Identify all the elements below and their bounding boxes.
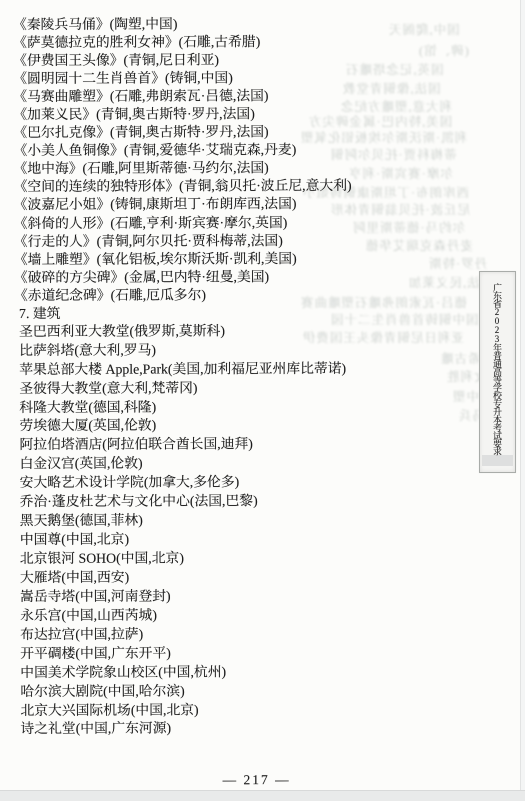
artwork-list-item: 《地中海》(石雕,阿里斯蒂德·马约尔,法国) — [19, 159, 491, 179]
page-number: — 217 — — [21, 771, 493, 789]
page-edge-line — [520, 0, 521, 790]
building-list-item: 大雁塔(中国,西安) — [20, 567, 492, 588]
artwork-list-item: 《赤道纪念碑》(石雕,厄瓜多尔) — [19, 285, 491, 305]
building-list-item: 中国美术学院象山校区(中国,杭州) — [20, 662, 492, 683]
building-list-item: 圣彼得大教堂(意大利,梵蒂冈) — [19, 378, 491, 399]
artwork-list-item: 《墙上雕塑》(氧化铝板,埃尔斯沃斯·凯利,美国) — [19, 249, 491, 269]
building-list-item: 科隆大教堂(德国,科隆) — [19, 397, 491, 418]
edge-index-tab: 广东省2023年普通高等学校专升本考试要求 — [479, 271, 516, 473]
artwork-list-item: 《马赛曲雕塑》(石雕,弗朗索瓦·吕德,法国) — [18, 87, 490, 107]
building-list-item: 白金汉宫(英国,伦敦) — [20, 454, 492, 475]
building-list-item: 圣巴西利亚大教堂(俄罗斯,莫斯科) — [19, 321, 491, 342]
artwork-list-item: 《波嘉尼小姐》(铸铜,康斯坦丁·布朗库西,法国) — [19, 195, 491, 215]
edge-index-tab-bottom-bar — [482, 455, 513, 466]
building-list-item: 北京大兴国际机场(中国,北京) — [20, 700, 492, 721]
building-list-item: 诗之礼堂(中国,广东河源) — [20, 719, 492, 740]
section-heading: 7. 建筑 — [19, 303, 491, 323]
building-list-item: 开平碉楼(中国,广东开平) — [20, 643, 492, 664]
building-list-item: 中国尊(中国,北京) — [20, 529, 492, 550]
scanned-page: 国中,爬阁天(碑、馆)国英,记念塔雕石国法,像铜青堂教利大意,塑雕方纪念国美,特… — [0, 0, 525, 801]
building-list-item: 哈尔滨大剧院(中国,哈尔滨) — [20, 681, 492, 702]
building-list-item: 乔治·蓬皮杜艺术与文化中心(法国,巴黎) — [20, 492, 492, 513]
artwork-list-item: 《小美人鱼铜像》(青铜,爱德华·艾瑞克森,丹麦) — [18, 141, 490, 161]
artwork-list-item: 《破碎的方尖碑》(金属,巴内特·纽曼,美国) — [19, 267, 491, 287]
building-list-item: 嵩岳寺塔(中国,河南登封) — [20, 586, 492, 607]
building-list-item: 劳埃德大厦(英国,伦敦) — [19, 416, 491, 437]
building-list-item: 永乐宫(中国,山西芮城) — [20, 605, 492, 626]
artwork-list-item: 《圆明园十二生肖兽首》(铸铜,中国) — [18, 68, 490, 88]
document-text-block: 《秦陵兵马俑》(陶塑,中国)《萨莫德拉克的胜利女神》(石雕,古希腊)《伊费国王头… — [18, 14, 493, 739]
artwork-list-item: 《加莱义民》(青铜,奥古斯特·罗丹,法国) — [18, 105, 490, 125]
building-list-item: 布达拉宫(中国,拉萨) — [20, 624, 492, 645]
artwork-list-item: 《巴尔扎克像》(青铜,奥古斯特·罗丹,法国) — [18, 123, 490, 143]
building-list-item: 苹果总部大楼 Apple,Park(美国,加利福尼亚州库比蒂诺) — [19, 359, 491, 380]
artwork-list-item: 《秦陵兵马俑》(陶塑,中国) — [18, 14, 490, 34]
artwork-list-item: 《行走的人》(青铜,阿尔贝托·贾科梅蒂,法国) — [19, 231, 491, 251]
edge-index-tab-label: 广东省2023年普通高等学校专升本考试要求 — [491, 283, 504, 472]
artwork-list-item: 《空间的连续的独特形体》(青铜,翁贝托·波丘尼,意大利) — [19, 177, 491, 197]
page-edge-fill — [521, 0, 525, 790]
building-list-item: 安大略艺术设计学院(加拿大,多伦多) — [20, 473, 492, 494]
artwork-list-item: 《萨莫德拉克的胜利女神》(石雕,古希腊) — [18, 32, 490, 52]
building-list-item: 黑天鹅堡(德国,菲林) — [20, 511, 492, 532]
building-list-item: 阿拉伯塔酒店(阿拉伯联合酋长国,迪拜) — [19, 435, 491, 456]
artwork-list-item: 《伊费国王头像》(青铜,尼日利亚) — [18, 50, 490, 70]
scan-bottom-strip — [0, 790, 525, 801]
artwork-list-item: 《斜倚的人形》(石雕,亨利·斯宾赛·摩尔,英国) — [19, 213, 491, 233]
building-list-item: 北京银河 SOHO(中国,北京) — [20, 548, 492, 569]
building-list-item: 比萨斜塔(意大利,罗马) — [19, 340, 491, 361]
